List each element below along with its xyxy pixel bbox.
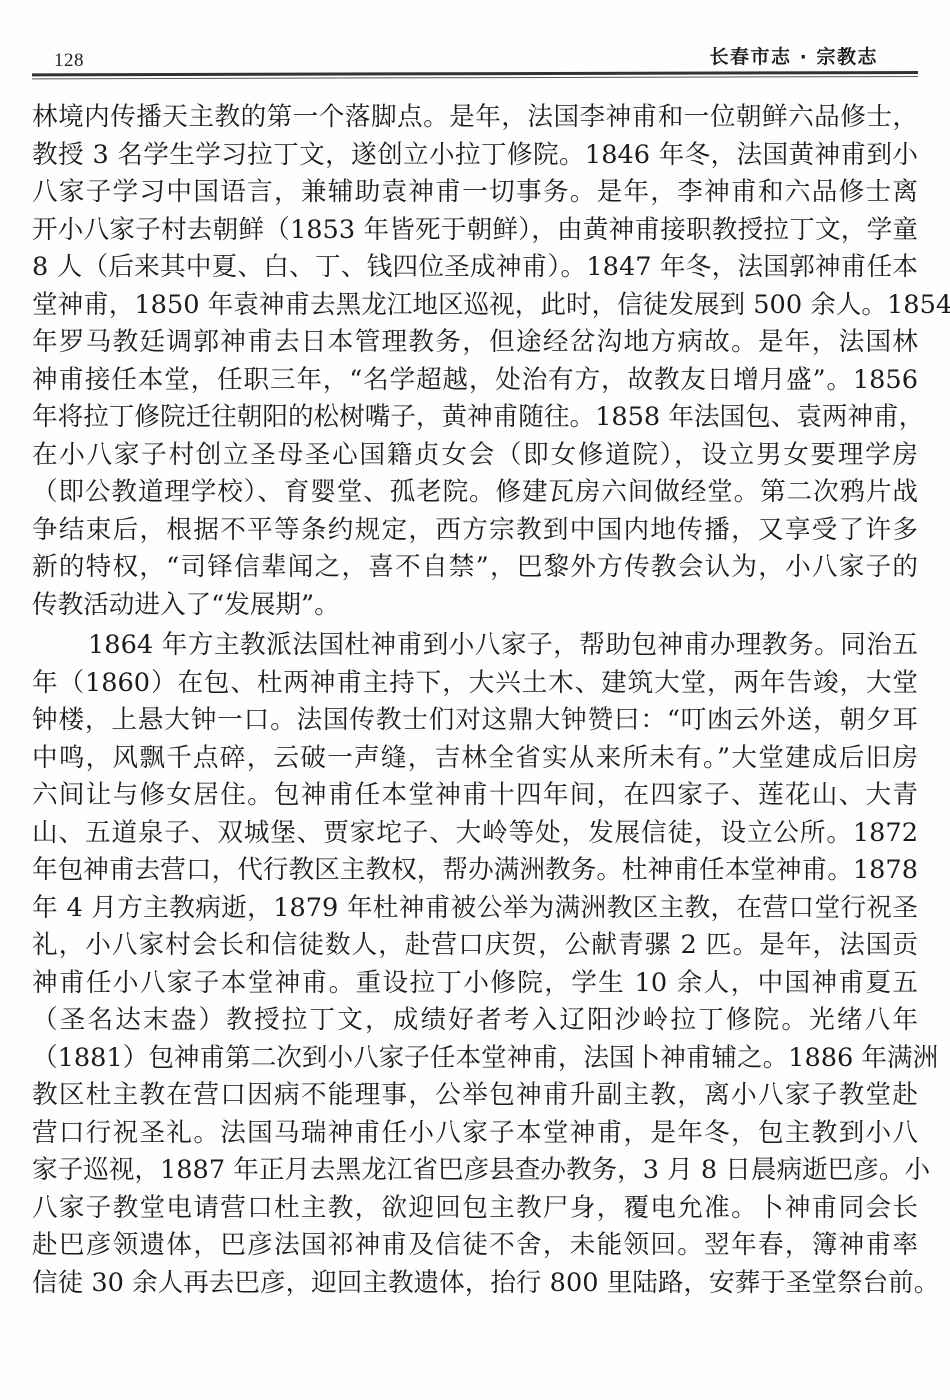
text-line: 传教活动进入了“发展期”。 (32, 588, 918, 622)
text-line: 中鸣，风飘千点碎，云破一声缝，吉林全省实从来所未有。”大堂建成后旧房 (32, 741, 918, 775)
text-line: （圣名达末盎）教授拉丁文，成绩好者考入辽阳沙岭拉丁修院。光绪八年 (32, 1003, 918, 1037)
text-line: 山、五道泉子、双城堡、贾家坨子、大岭等处，发展信徒，设立公所。1872 (32, 816, 918, 850)
text-line: 家子巡视，1887 年正月去黑龙江省巴彦县查办教务，3 月 8 日晨病逝巴彦。小 (32, 1153, 918, 1187)
scanned-page: 128 长春市志 · 宗教志 林境内传播天主教的第一个落脚点。是年，法国李神甫和… (0, 0, 950, 1400)
text-line: 年 4 月方主教病逝，1879 年杜神甫被公举为满洲教区主教，在营口堂行祝圣 (32, 891, 918, 925)
text-line: 教授 3 名学生学习拉丁文，遂创立小拉丁修院。1846 年冬，法国黄神甫到小 (32, 138, 918, 172)
text-line: 八家子学习中国语言，兼辅助袁神甫一切事务。是年，李神甫和六品修士离 (32, 175, 918, 209)
text-line: 新的特权，“司铎信辈闻之，喜不自禁”，巴黎外方传教会认为，小八家子的 (32, 550, 918, 584)
text-line: 教区杜主教在营口因病不能理事，公举包神甫升副主教，离小八家子教堂赴 (32, 1078, 918, 1112)
text-line: （1881）包神甫第二次到小八家子任本堂神甫，法国卜神甫辅之。1886 年满洲 (32, 1041, 918, 1075)
text-line: 堂神甫，1850 年袁神甫去黑龙江地区巡视，此时，信徒发展到 500 余人。18… (32, 288, 918, 322)
book-title: 长春市志 · 宗教志 (710, 42, 878, 69)
text-line: 年将拉丁修院迁往朝阳的松树嘴子，黄神甫随往。1858 年法国包、袁两神甫， (32, 400, 918, 434)
text-line: 礼，小八家村会长和信徒数人，赴营口庆贺，公献青骡 2 匹。是年，法国贡 (32, 928, 918, 962)
text-line: 神甫接任本堂，任职三年，“名学超越，处治有方，故教友日增月盛”。1856 (32, 363, 918, 397)
text-line: 信徒 30 余人再去巴彦，迎回主教遗体，抬行 800 里陆路，安葬于圣堂祭台前。 (32, 1266, 918, 1300)
text-line: 年包神甫去营口，代行教区主教权，帮办满洲教务。杜神甫任本堂神甫。1878 (32, 853, 918, 887)
text-line: 1864 年方主教派法国杜神甫到小八家子，帮助包神甫办理教务。同治五 (88, 628, 918, 662)
text-line: 八家子教堂电请营口杜主教，欲迎回包主教尸身，覆电允准。卜神甫同会长 (32, 1191, 918, 1225)
text-line: 神甫任小八家子本堂神甫。重设拉丁小修院，学生 10 余人，中国神甫夏五 (32, 966, 918, 1000)
text-line: 开小八家子村去朝鲜（1853 年皆死于朝鲜），由黄神甫接职教授拉丁文，学童 (32, 213, 918, 247)
text-line: 在小八家子村创立圣母圣心国籍贞女会（即女修道院），设立男女要理学房 (32, 438, 918, 472)
text-line: 钟楼，上悬大钟一口。法国传教士们对这鼎大钟赞曰：“叮凼云外送，朝夕耳 (32, 703, 918, 737)
page-number: 128 (54, 50, 84, 72)
header-rule-thin (32, 76, 918, 79)
text-line: 年（1860）在包、杜两神甫主持下，大兴土木、建筑大堂，两年告竣，大堂 (32, 666, 918, 700)
text-line: 8 人（后来其中夏、白、丁、钱四位圣成神甫）。1847 年冬，法国郭神甫任本 (32, 250, 918, 284)
text-line: 六间让与修女居住。包神甫任本堂神甫十四年间，在四家子、莲花山、大青 (32, 778, 918, 812)
text-line: （即公教道理学校）、育婴堂、孤老院。修建瓦房六间做经堂。第二次鸦片战 (32, 475, 918, 509)
text-line: 林境内传播天主教的第一个落脚点。是年，法国李神甫和一位朝鲜六品修士， (32, 100, 918, 134)
text-line: 营口行祝圣礼。法国马瑞神甫任小八家子本堂神甫，是年冬，包主教到小八 (32, 1116, 918, 1150)
text-line: 年罗马教廷调郭神甫去日本管理教务，但途经岔沟地方病故。是年，法国林 (32, 325, 918, 359)
text-line: 赴巴彦领遗体，巴彦法国祁神甫及信徒不舍，未能领回。翌年春，簿神甫率 (32, 1228, 918, 1262)
text-line: 争结束后，根据不平等条约规定，西方宗教到中国内地传播，又享受了许多 (32, 513, 918, 547)
